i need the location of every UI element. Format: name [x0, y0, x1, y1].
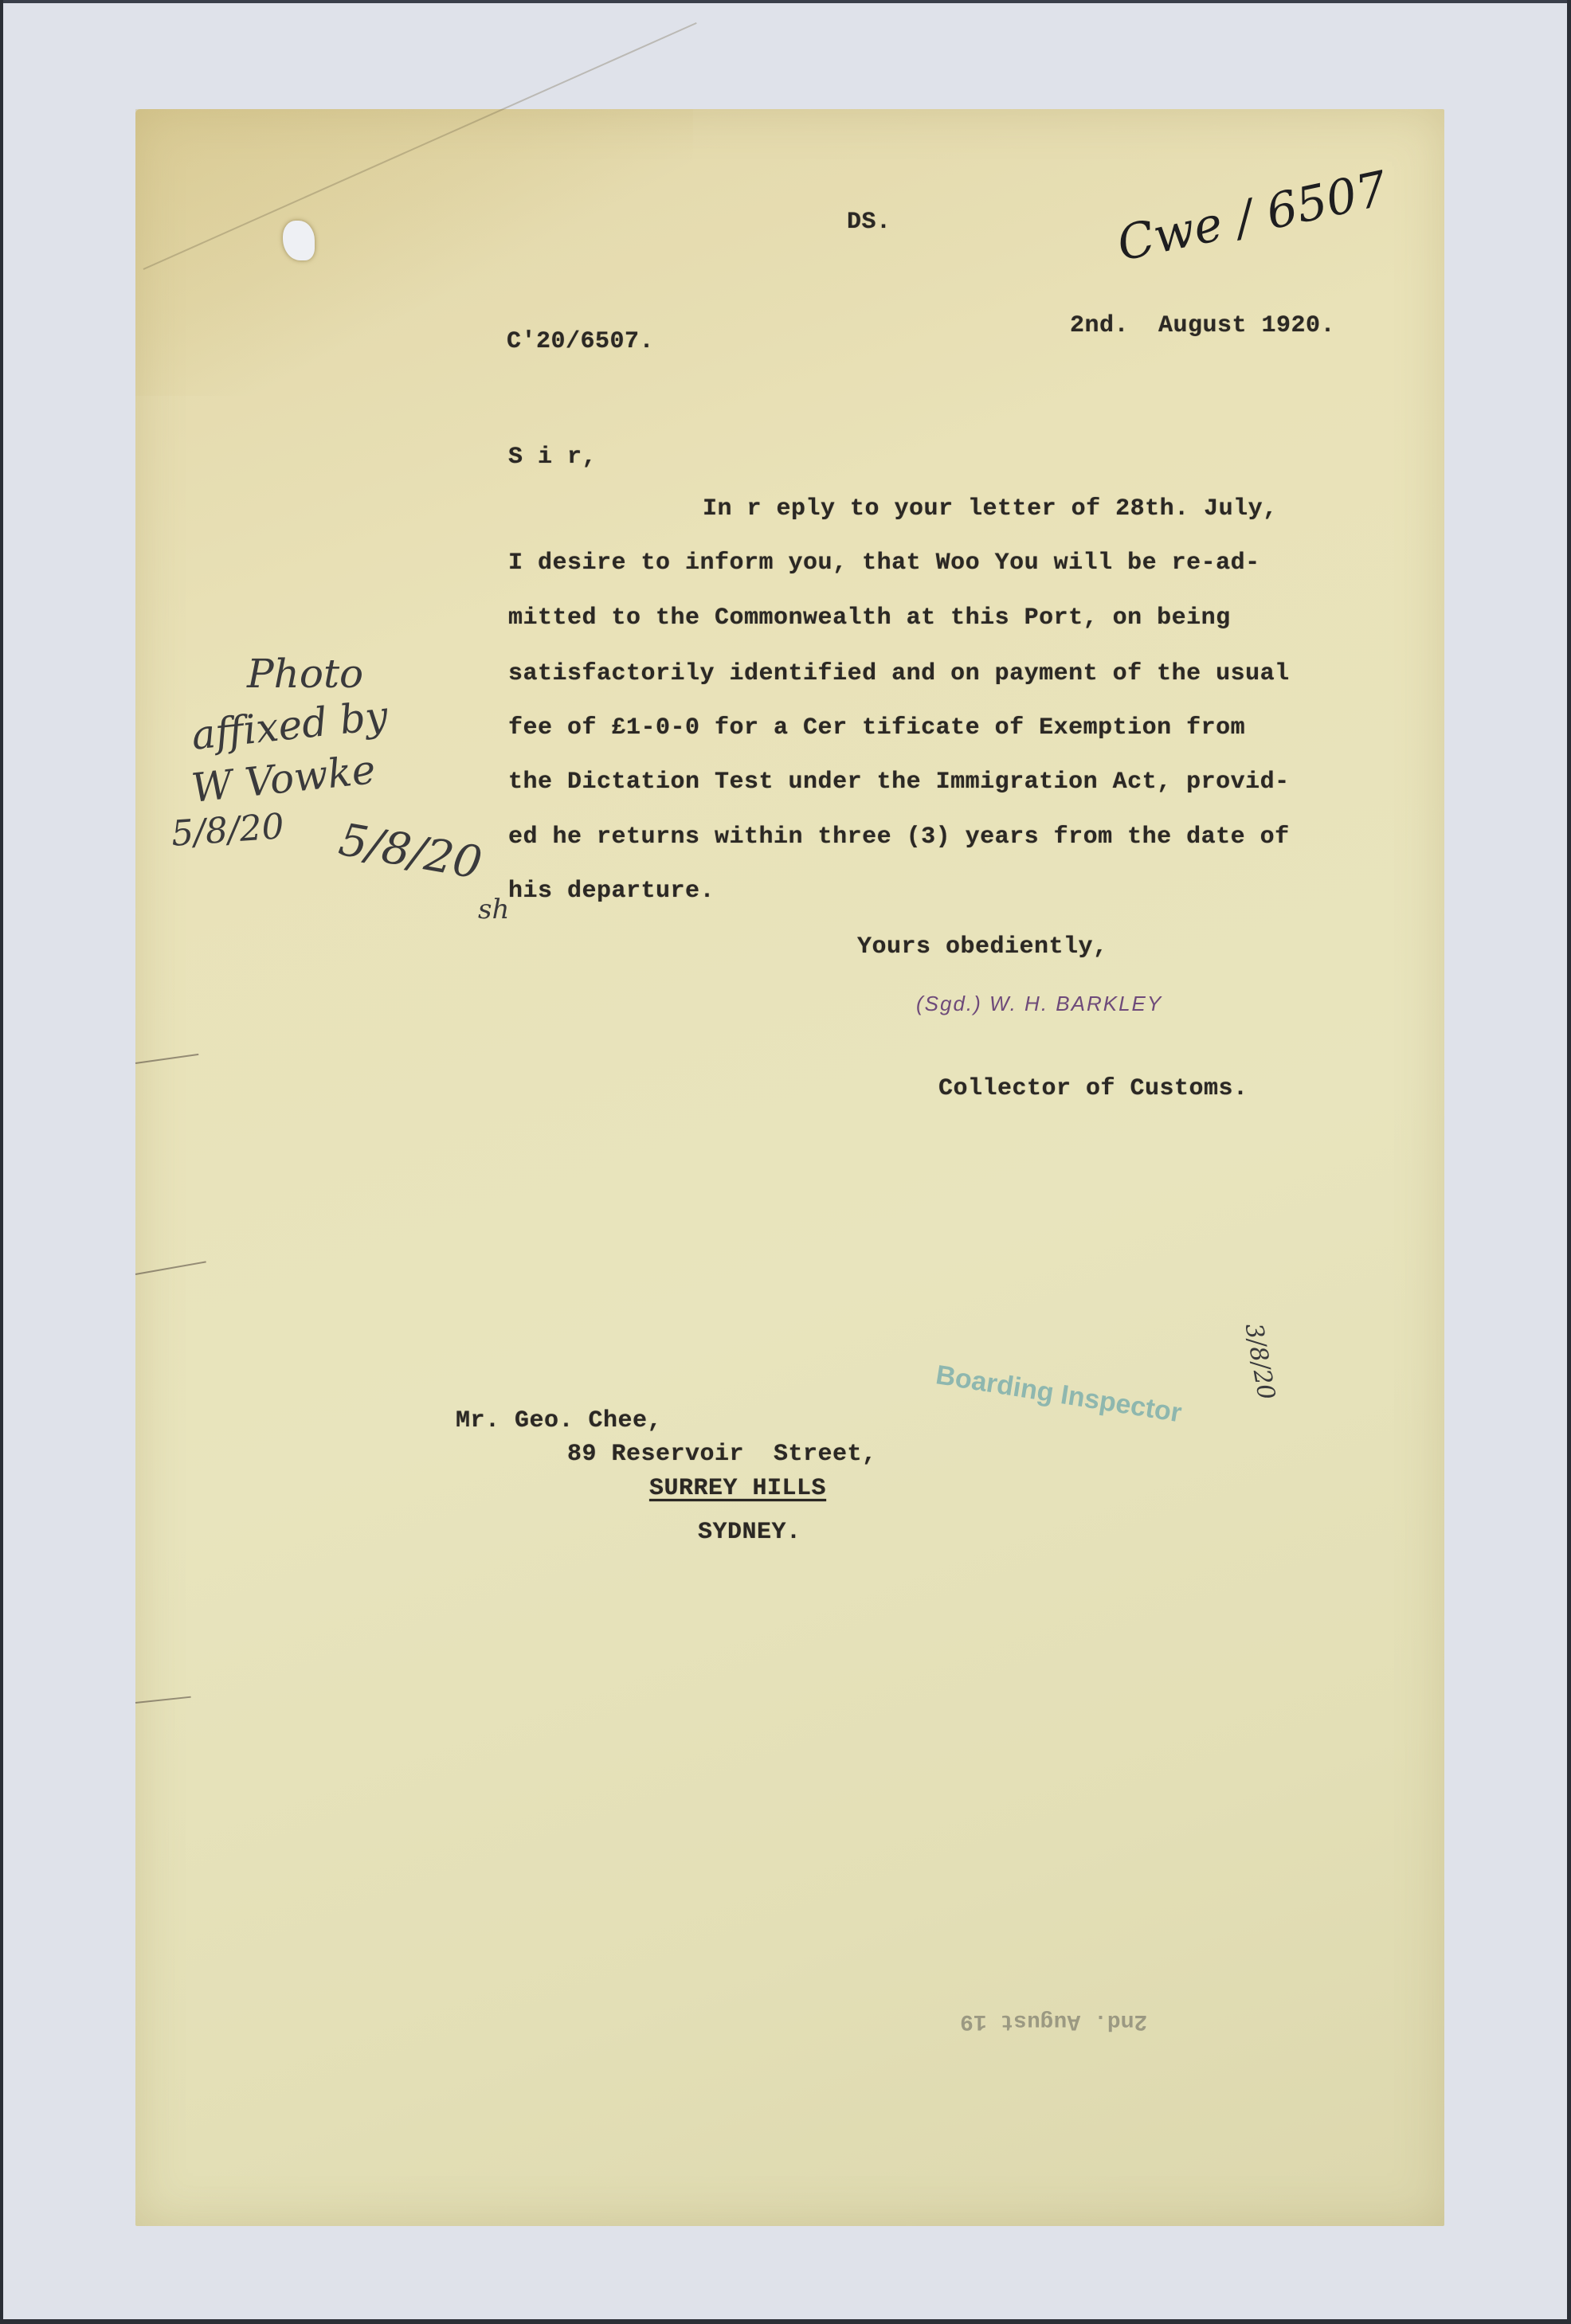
addressee-street: 89 Reservoir Street, — [567, 1441, 877, 1468]
scan-border-bottom — [0, 2319, 1571, 2324]
letter-page: DS. Cwe / 6507 2nd. August 1920. C'20/65… — [135, 109, 1444, 2226]
body-line: I desire to inform you, that Woo You wil… — [508, 550, 1260, 577]
addressee-name: Mr. Geo. Chee, — [456, 1407, 662, 1434]
scan-border-top — [0, 0, 1571, 3]
body-line: In r eply to your letter of 28th. July, — [703, 495, 1278, 522]
margin-initials: sh — [478, 894, 509, 925]
edge-tear — [135, 1696, 191, 1704]
scan-border-right — [1567, 0, 1571, 2324]
reference-number: C'20/6507. — [507, 328, 654, 355]
addressee-suburb: SURREY HILLS — [649, 1475, 826, 1502]
body-line: fee of £1-0-0 for a Cer tificate of Exem… — [508, 714, 1245, 741]
body-line: satisfactorily identified and on payment… — [508, 660, 1290, 687]
body-line: mitted to the Commonwealth at this Port,… — [508, 604, 1231, 632]
scan-border-left — [0, 0, 3, 2324]
margin-initials-date: 5/8/20 — [335, 814, 486, 890]
body-line: ed he returns within three (3) years fro… — [508, 824, 1290, 851]
boarding-stamp-date: 3/8/20 — [1240, 1321, 1280, 1402]
reverse-side-showthrough: 2nd. August 19 — [960, 2009, 1147, 2033]
edge-tear — [135, 1261, 206, 1275]
signatory-title: Collector of Customs. — [938, 1075, 1248, 1102]
punch-hole — [283, 221, 315, 260]
salutation: S i r, — [508, 444, 597, 471]
handwritten-file-note: Cwe / 6507 — [1112, 161, 1392, 272]
addressee-city: SYDNEY. — [698, 1519, 801, 1546]
closing: Yours obediently, — [857, 933, 1108, 961]
margin-note-date: 5/8/20 — [170, 806, 285, 855]
edge-tear — [135, 1054, 198, 1064]
signature-stamp: (Sgd.) W. H. BARKLEY — [916, 992, 1162, 1016]
body-line: his departure. — [508, 878, 715, 905]
margin-note-line1: Photo — [247, 651, 363, 697]
body-line: the Dictation Test under the Immigration… — [508, 769, 1290, 796]
department-code: DS. — [847, 209, 891, 236]
letter-date: 2nd. August 1920. — [1070, 312, 1335, 339]
boarding-inspector-stamp: Boarding Inspector — [934, 1360, 1184, 1429]
